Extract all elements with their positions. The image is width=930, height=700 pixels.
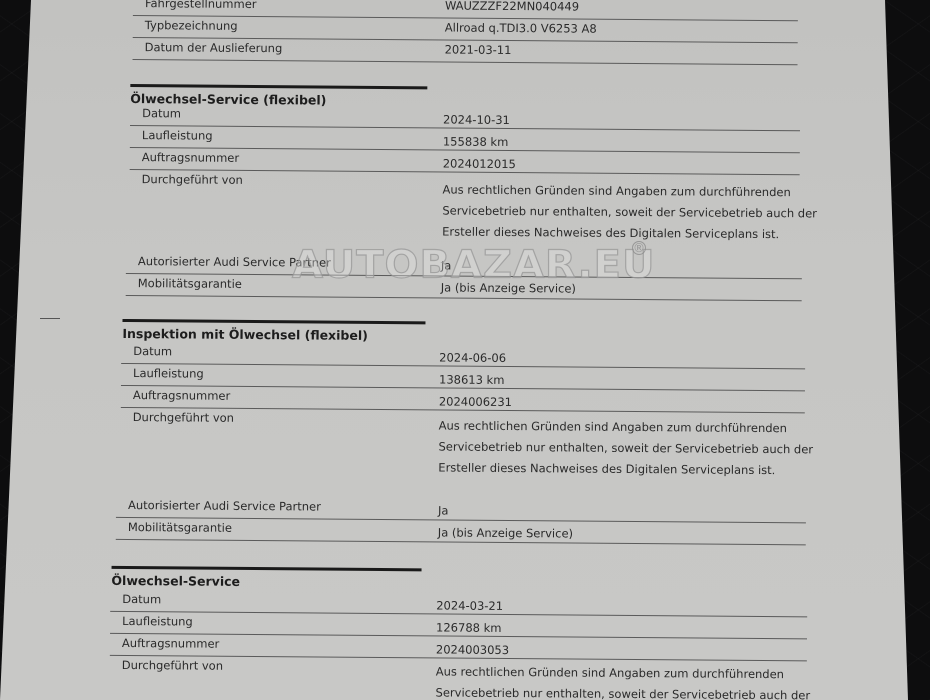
label: Auftragsnummer [142,150,239,165]
label: Autorisierter Audi Service Partner [128,498,321,514]
label: Datum [133,344,172,358]
guarantee-value: Ja (bis Anzeige Service) [438,525,573,540]
label: Laufleistung [133,366,204,381]
label: Mobilitätsgarantie [138,276,242,291]
legal-note: Aus rechtlichen Gründen sind Angaben zum… [438,415,813,481]
order-number-value: 2024006231 [439,394,512,409]
partner-value: Ja [441,258,452,272]
label: Mobilitätsgarantie [128,520,232,535]
label: Typbezeichnung [145,18,238,33]
datum-value: 2024-06-06 [439,350,506,365]
row-mobilitaetsgarantie: Mobilitätsgarantie Ja (bis Anzeige Servi… [126,273,802,301]
section-title-oelwechsel: Ölwechsel-Service [111,566,421,590]
label: Laufleistung [122,614,193,629]
label: Fahrgestellnummer [145,0,257,11]
order-number-value: 2024003053 [436,642,509,657]
section-title-inspektion: Inspektion mit Ölwechsel (flexibel) [122,319,425,343]
label: Datum der Auslieferung [145,40,283,55]
label: Laufleistung [142,128,213,143]
label: Datum [142,106,181,120]
order-number-value: 2024012015 [443,156,516,171]
label: Durchgeführt von [122,658,223,673]
registered-mark-icon: ® [632,241,646,255]
mileage-value: 155838 km [443,134,509,149]
legal-note: Aus rechtlichen Gründen sind Angaben zum… [435,661,810,700]
type-value: Allroad q.TDI3.0 V6253 A8 [445,20,597,35]
row-auslieferung: Datum der Auslieferung 2021-03-11 [133,37,798,65]
mileage-value: 126788 km [436,620,502,635]
row-mobilitaetsgarantie: Mobilitätsgarantie Ja (bis Anzeige Servi… [116,517,806,545]
label: Datum [122,592,161,606]
label: Auftragsnummer [133,388,230,403]
label: Durchgeführt von [142,172,243,187]
label: Auftragsnummer [122,636,219,651]
label: Durchgeführt von [133,410,234,425]
mileage-value: 138613 km [439,372,505,387]
service-record-document: Fahrgestellnummer WAUZZZF22MN040449 Typb… [0,0,930,700]
partner-value: Ja [438,503,449,517]
datum-value: 2024-03-21 [436,598,503,613]
vin-value: WAUZZZF22MN040449 [445,0,579,14]
legal-note: Aus rechtlichen Gründen sind Angaben zum… [442,179,817,245]
guarantee-value: Ja (bis Anzeige Service) [441,280,576,295]
datum-value: 2024-10-31 [443,112,510,127]
delivery-date-value: 2021-03-11 [445,42,512,57]
label: Autorisierter Audi Service Partner [138,254,331,270]
